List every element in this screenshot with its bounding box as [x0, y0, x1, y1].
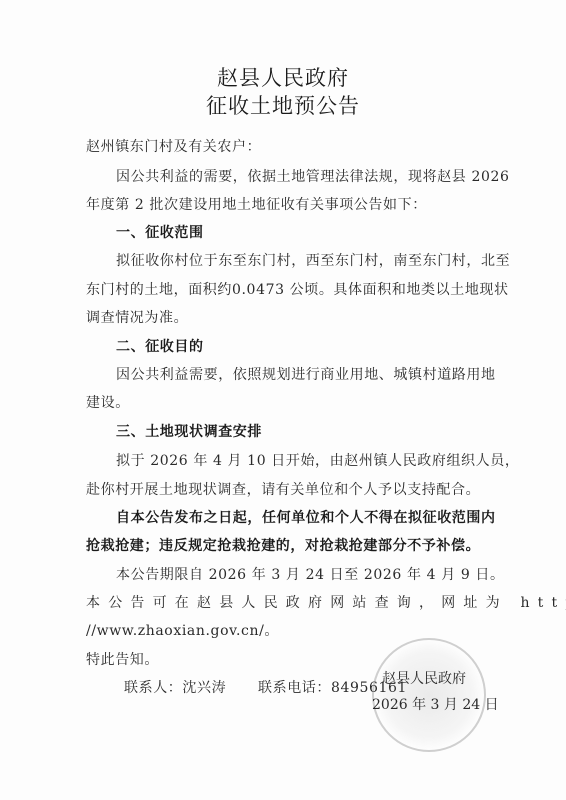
issue-date: 2026 年 3 月 24 日 — [372, 694, 499, 714]
website-line-2: //www.zhaoxian.gov.cn/。 — [86, 620, 506, 640]
issuer-name: 赵县人民政府 — [382, 668, 466, 688]
contact-person: 联系人：沈兴涛 — [124, 677, 226, 697]
section3-line-1: 拟于 2026 年 4 月 10 日开始，由赵州镇人民政府组织人员， — [116, 450, 536, 470]
section2-line-1: 因公共利益需要，依照规划进行商业用地、城镇村道路用地 — [116, 364, 536, 384]
website-line-1: 本公告可在赵县人民政府网站查询，网址为 http: — [86, 592, 506, 612]
intro-line-2: 年度第 2 批次建设用地土地征收有关事项公告如下： — [86, 194, 506, 214]
warning-line-1: 自本公告发布之日起，任何单位和个人不得在拟征收范围内 — [116, 507, 536, 527]
section1-line-2: 东门村的土地，面积约0.0473 公顷。具体面积和地类以土地现状 — [86, 279, 506, 299]
warning-line-2: 抢栽抢建；违反规定抢栽抢建的，对抢栽抢建部分不予补偿。 — [86, 535, 506, 555]
section1-heading: 一、征收范围 — [116, 222, 536, 242]
title-line-1: 赵县人民政府 — [0, 62, 566, 92]
title-line-2: 征收土地预公告 — [0, 90, 566, 120]
intro-line-1: 因公共利益的需要，依据土地管理法律法规，现将赵县 2026 — [116, 166, 536, 186]
section3-heading: 三、土地现状调查安排 — [116, 421, 536, 441]
section1-line-3: 调查情况为准。 — [86, 307, 506, 327]
salutation: 赵州镇东门村及有关农户： — [86, 136, 506, 156]
period-text: 本公告期限自 2026 年 3 月 24 日至 2026 年 4 月 9 日。 — [116, 564, 536, 584]
section2-heading: 二、征收目的 — [116, 336, 536, 356]
section3-line-2: 赴你村开展土地现状调查，请有关单位和个人予以支持配合。 — [86, 479, 506, 499]
section2-line-2: 建设。 — [86, 392, 506, 412]
section1-line-1: 拟征收你村位于东至东门村，西至东门村，南至东门村，北至 — [116, 250, 536, 270]
